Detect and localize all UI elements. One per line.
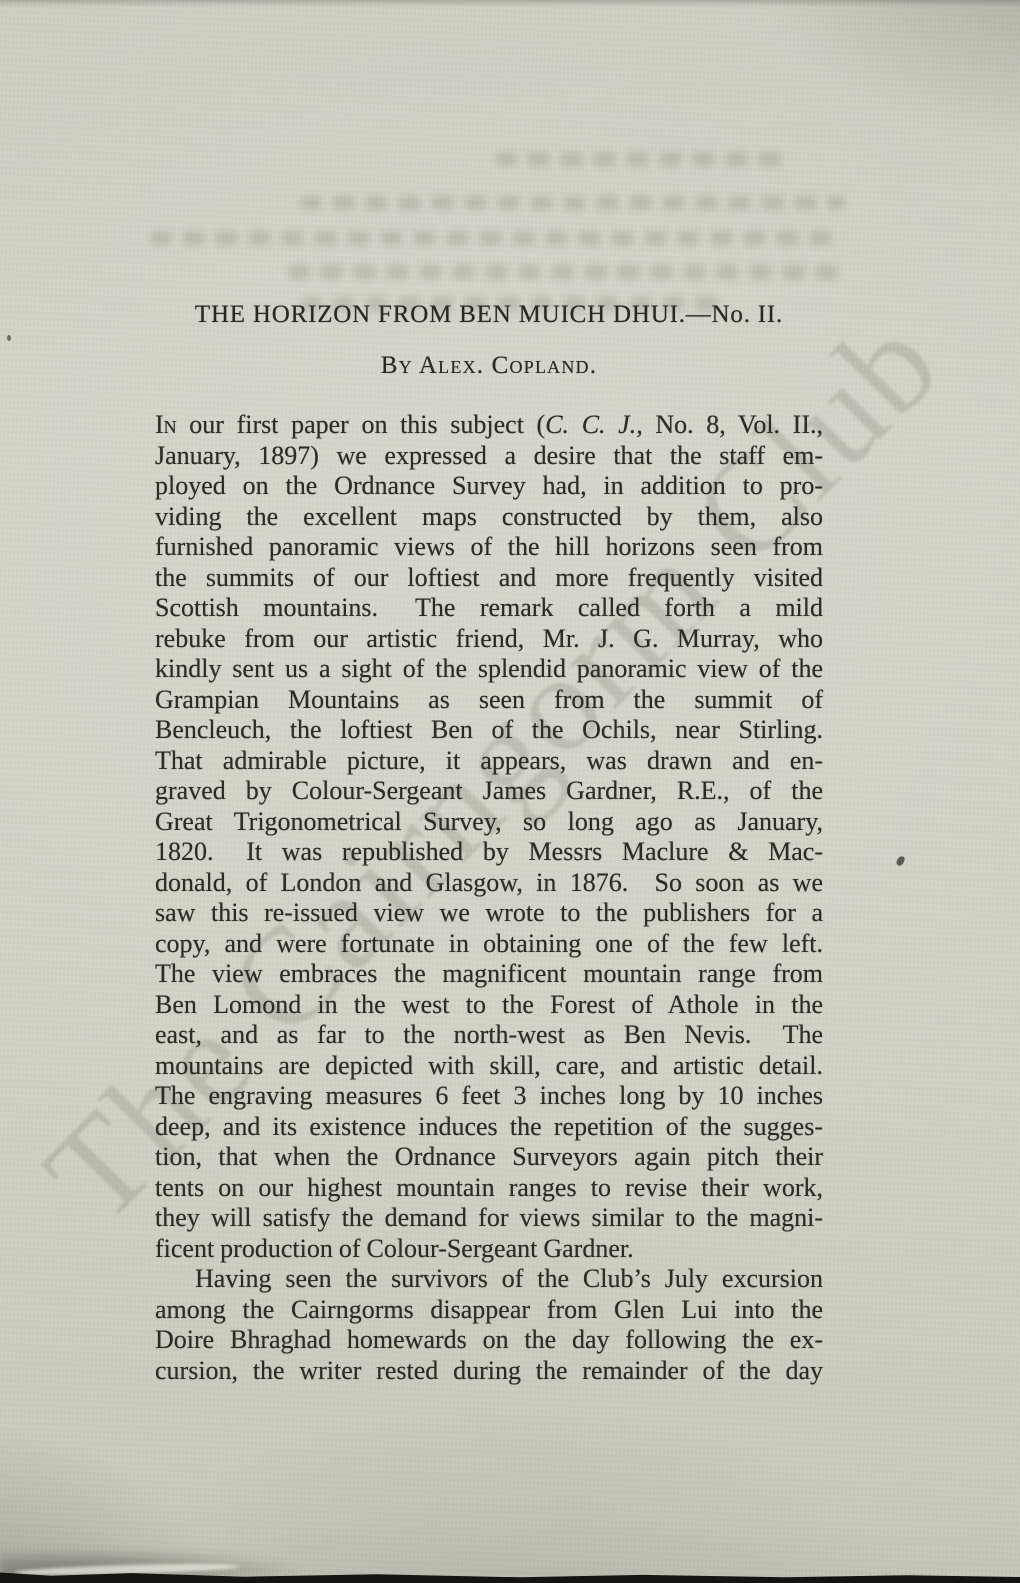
text-line: 1820. It was republished by Messrs Maclu… xyxy=(155,837,823,868)
text-line: graved by Colour-Sergeant James Gardner,… xyxy=(155,776,823,807)
paragraph: In our first paper on this subject (C. C… xyxy=(155,410,823,1264)
text-line: donald, of London and Glasgow, in 1876. … xyxy=(155,868,823,899)
text-line: ployed on the Ordnance Survey had, in ad… xyxy=(155,471,823,502)
text-line: Great Trigonometrical Survey, so long ag… xyxy=(155,807,823,838)
text-line: the summits of our loftiest and more fre… xyxy=(155,563,823,594)
show-through-line xyxy=(300,196,845,210)
text-line: Bencleuch, the loftiest Ben of the Ochil… xyxy=(155,715,823,746)
show-through-line xyxy=(288,265,845,279)
text-line: east, and as far to the north-west as Be… xyxy=(155,1020,823,1051)
text-line: furnished panoramic views of the hill ho… xyxy=(155,532,823,563)
text-line: among the Cairngorms disappear from Glen… xyxy=(155,1295,823,1326)
text-line: viding the excellent maps constructed by… xyxy=(155,502,823,533)
show-through-line xyxy=(495,152,785,166)
text-line: mountains are depicted with skill, care,… xyxy=(155,1051,823,1082)
margin-speck xyxy=(7,335,11,341)
text-line: deep, and its existence induces the repe… xyxy=(155,1112,823,1143)
text-line: Scottish mountains. The remark called fo… xyxy=(155,593,823,624)
text-line: Having seen the survivors of the Club’s … xyxy=(155,1264,823,1295)
text-line: The engraving measures 6 feet 3 inches l… xyxy=(155,1081,823,1112)
ink-speck xyxy=(895,855,905,867)
text-line: kindly sent us a sight of the splendid p… xyxy=(155,654,823,685)
text-line: copy, and were fortunate in obtaining on… xyxy=(155,929,823,960)
article-byline-text: By Alex. Copland. xyxy=(381,352,597,379)
text-line: tents on our highest mountain ranges to … xyxy=(155,1173,823,1204)
text-line: saw this re-issued view we wrote to the … xyxy=(155,898,823,929)
text-line: Grampian Mountains as seen from the summ… xyxy=(155,685,823,716)
article-title: THE HORIZON FROM BEN MUICH DHUI.—No. II. xyxy=(155,301,823,329)
paragraph: Having seen the survivors of the Club’s … xyxy=(155,1264,823,1386)
article-body: In our first paper on this subject (C. C… xyxy=(155,410,823,1386)
show-through-line xyxy=(150,231,845,245)
text-line: Doire Bhraghad homewards on the day foll… xyxy=(155,1325,823,1356)
text-line: In our first paper on this subject (C. C… xyxy=(155,410,823,441)
text-line: Ben Lomond in the west to the Forest of … xyxy=(155,990,823,1021)
text-line: they will satisfy the demand for views s… xyxy=(155,1203,823,1234)
text-line: The view embraces the magnificent mounta… xyxy=(155,959,823,990)
text-line: January, 1897) we expressed a desire tha… xyxy=(155,441,823,472)
scanned-journal-page: The Cairngorm Club THE HORIZON FROM BEN … xyxy=(0,0,1020,1583)
text-line: cursion, the writer rested during the re… xyxy=(155,1356,823,1387)
text-line: That admirable picture, it appears, was … xyxy=(155,746,823,777)
text-line: rebuke from our artistic friend, Mr. J. … xyxy=(155,624,823,655)
text-line: tion, that when the Ordnance Surveyors a… xyxy=(155,1142,823,1173)
article-byline: By Alex. Copland. xyxy=(155,352,823,380)
scan-top-shadow xyxy=(0,0,1020,7)
text-line: ficent production of Colour-Sergeant Gar… xyxy=(155,1234,823,1265)
